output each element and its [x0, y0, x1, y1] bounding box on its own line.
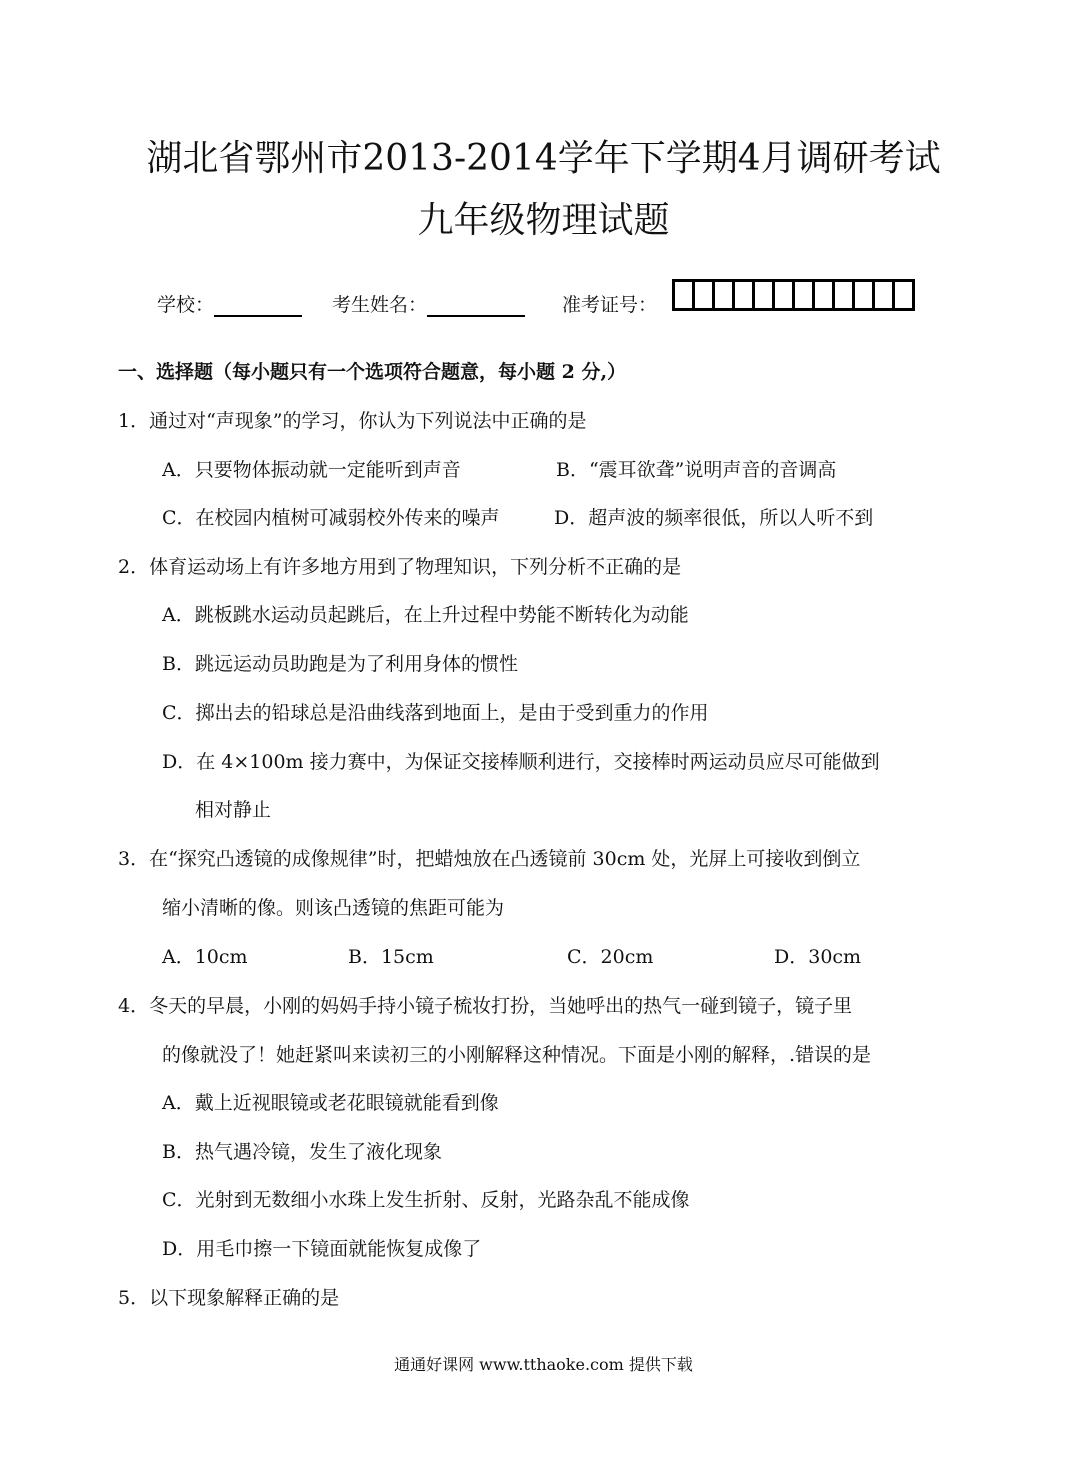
- school-blank[interactable]: [214, 295, 302, 317]
- option-3b: B．15cm: [348, 942, 434, 969]
- id-box[interactable]: [775, 282, 795, 308]
- id-box[interactable]: [835, 282, 855, 308]
- question-4: 4．冬天的早晨，小刚的妈妈手持小镜子梳妆打扮，当她呼出的热气一碰到镜子，镜子里: [118, 991, 852, 1018]
- question-number: 2．: [118, 556, 149, 578]
- id-box[interactable]: [855, 282, 875, 308]
- id-box[interactable]: [895, 282, 912, 308]
- option-4b: B．热气遇冷镜，发生了液化现象: [162, 1137, 442, 1164]
- option-2c: C．掷出去的铅球总是沿曲线落到地面上，是由于受到重力的作用: [162, 698, 709, 725]
- question-stem: 冬天的早晨，小刚的妈妈手持小镜子梳妆打扮，当她呼出的热气一碰到镜子，镜子里: [149, 995, 852, 1017]
- option-1d: D．超声波的频率很低，所以人听不到: [554, 503, 873, 530]
- option-1b: B．“震耳欲聋”说明声音的音调高: [556, 455, 836, 482]
- question-1: 1．通过对“声现象”的学习，你认为下列说法中正确的是: [118, 406, 587, 433]
- exam-title-line1: 湖北省鄂州市2013-2014学年下学期4月调研考试: [0, 130, 1087, 181]
- exam-title-line2: 九年级物理试题: [0, 192, 1087, 243]
- option-4c: C．光射到无数细小水珠上发生折射、反射，光路杂乱不能成像: [162, 1185, 690, 1212]
- id-box[interactable]: [815, 282, 835, 308]
- option-1c: C．在校园内植树可减弱校外传来的噪声: [162, 503, 500, 530]
- id-box[interactable]: [715, 282, 735, 308]
- candidate-name-blank[interactable]: [427, 295, 525, 317]
- question-number: 3．: [118, 848, 149, 870]
- option-4d: D．用毛巾擦一下镜面就能恢复成像了: [162, 1234, 481, 1261]
- question-4-continued: 的像就没了！她赶紧叫来读初三的小刚解释这种情况。下面是小刚的解释，.错误的是: [162, 1040, 871, 1067]
- question-3: 3．在“探究凸透镜的成像规律”时，把蜡烛放在凸透镜前 30cm 处，光屏上可接收…: [118, 844, 860, 871]
- question-5: 5．以下现象解释正确的是: [118, 1283, 339, 1310]
- option-3a: A．10cm: [162, 942, 248, 969]
- question-stem: 体育运动场上有许多地方用到了物理知识，下列分析不正确的是: [149, 556, 681, 578]
- option-2d: D．在 4×100m 接力赛中，为保证交接棒顺利进行，交接棒时两运动员应尽可能做…: [162, 747, 880, 774]
- section-heading: 一、选择题（每小题只有一个选项符合题意，每小题 2 分,）: [118, 357, 626, 384]
- option-4a: A．戴上近视眼镜或老花眼镜就能看到像: [162, 1088, 499, 1115]
- option-2d-continued: 相对静止: [195, 795, 271, 822]
- question-3-continued: 缩小清晰的像。则该凸透镜的焦距可能为: [162, 893, 504, 920]
- id-box[interactable]: [695, 282, 715, 308]
- id-box[interactable]: [755, 282, 775, 308]
- id-box[interactable]: [795, 282, 815, 308]
- option-2a: A．跳板跳水运动员起跳后，在上升过程中势能不断转化为动能: [162, 600, 689, 627]
- question-2: 2．体育运动场上有许多地方用到了物理知识，下列分析不正确的是: [118, 552, 681, 579]
- question-stem: 以下现象解释正确的是: [149, 1287, 339, 1309]
- school-field[interactable]: 学校：: [157, 290, 302, 317]
- option-3c: C．20cm: [567, 942, 653, 969]
- id-box[interactable]: [875, 282, 895, 308]
- footer-watermark: 通通好课网 www.tthaoke.com 提供下载: [0, 1352, 1087, 1375]
- question-number: 1．: [118, 410, 149, 432]
- question-number: 4．: [118, 995, 149, 1017]
- option-2b: B．跳远运动员助跑是为了利用身体的惯性: [162, 649, 518, 676]
- admission-id-label: 准考证号：: [562, 290, 657, 317]
- candidate-name-label: 考生姓名：: [332, 294, 427, 316]
- question-stem: 通过对“声现象”的学习，你认为下列说法中正确的是: [149, 410, 586, 432]
- option-3d: D．30cm: [774, 942, 861, 969]
- school-label: 学校：: [157, 294, 214, 316]
- admission-id-grid[interactable]: [672, 279, 915, 311]
- question-number: 5．: [118, 1287, 149, 1309]
- id-box[interactable]: [735, 282, 755, 308]
- question-stem: 在“探究凸透镜的成像规律”时，把蜡烛放在凸透镜前 30cm 处，光屏上可接收到倒…: [149, 848, 860, 870]
- option-1a: A．只要物体振动就一定能听到声音: [162, 455, 461, 482]
- candidate-name-field[interactable]: 考生姓名：: [332, 290, 525, 317]
- id-box[interactable]: [675, 282, 695, 308]
